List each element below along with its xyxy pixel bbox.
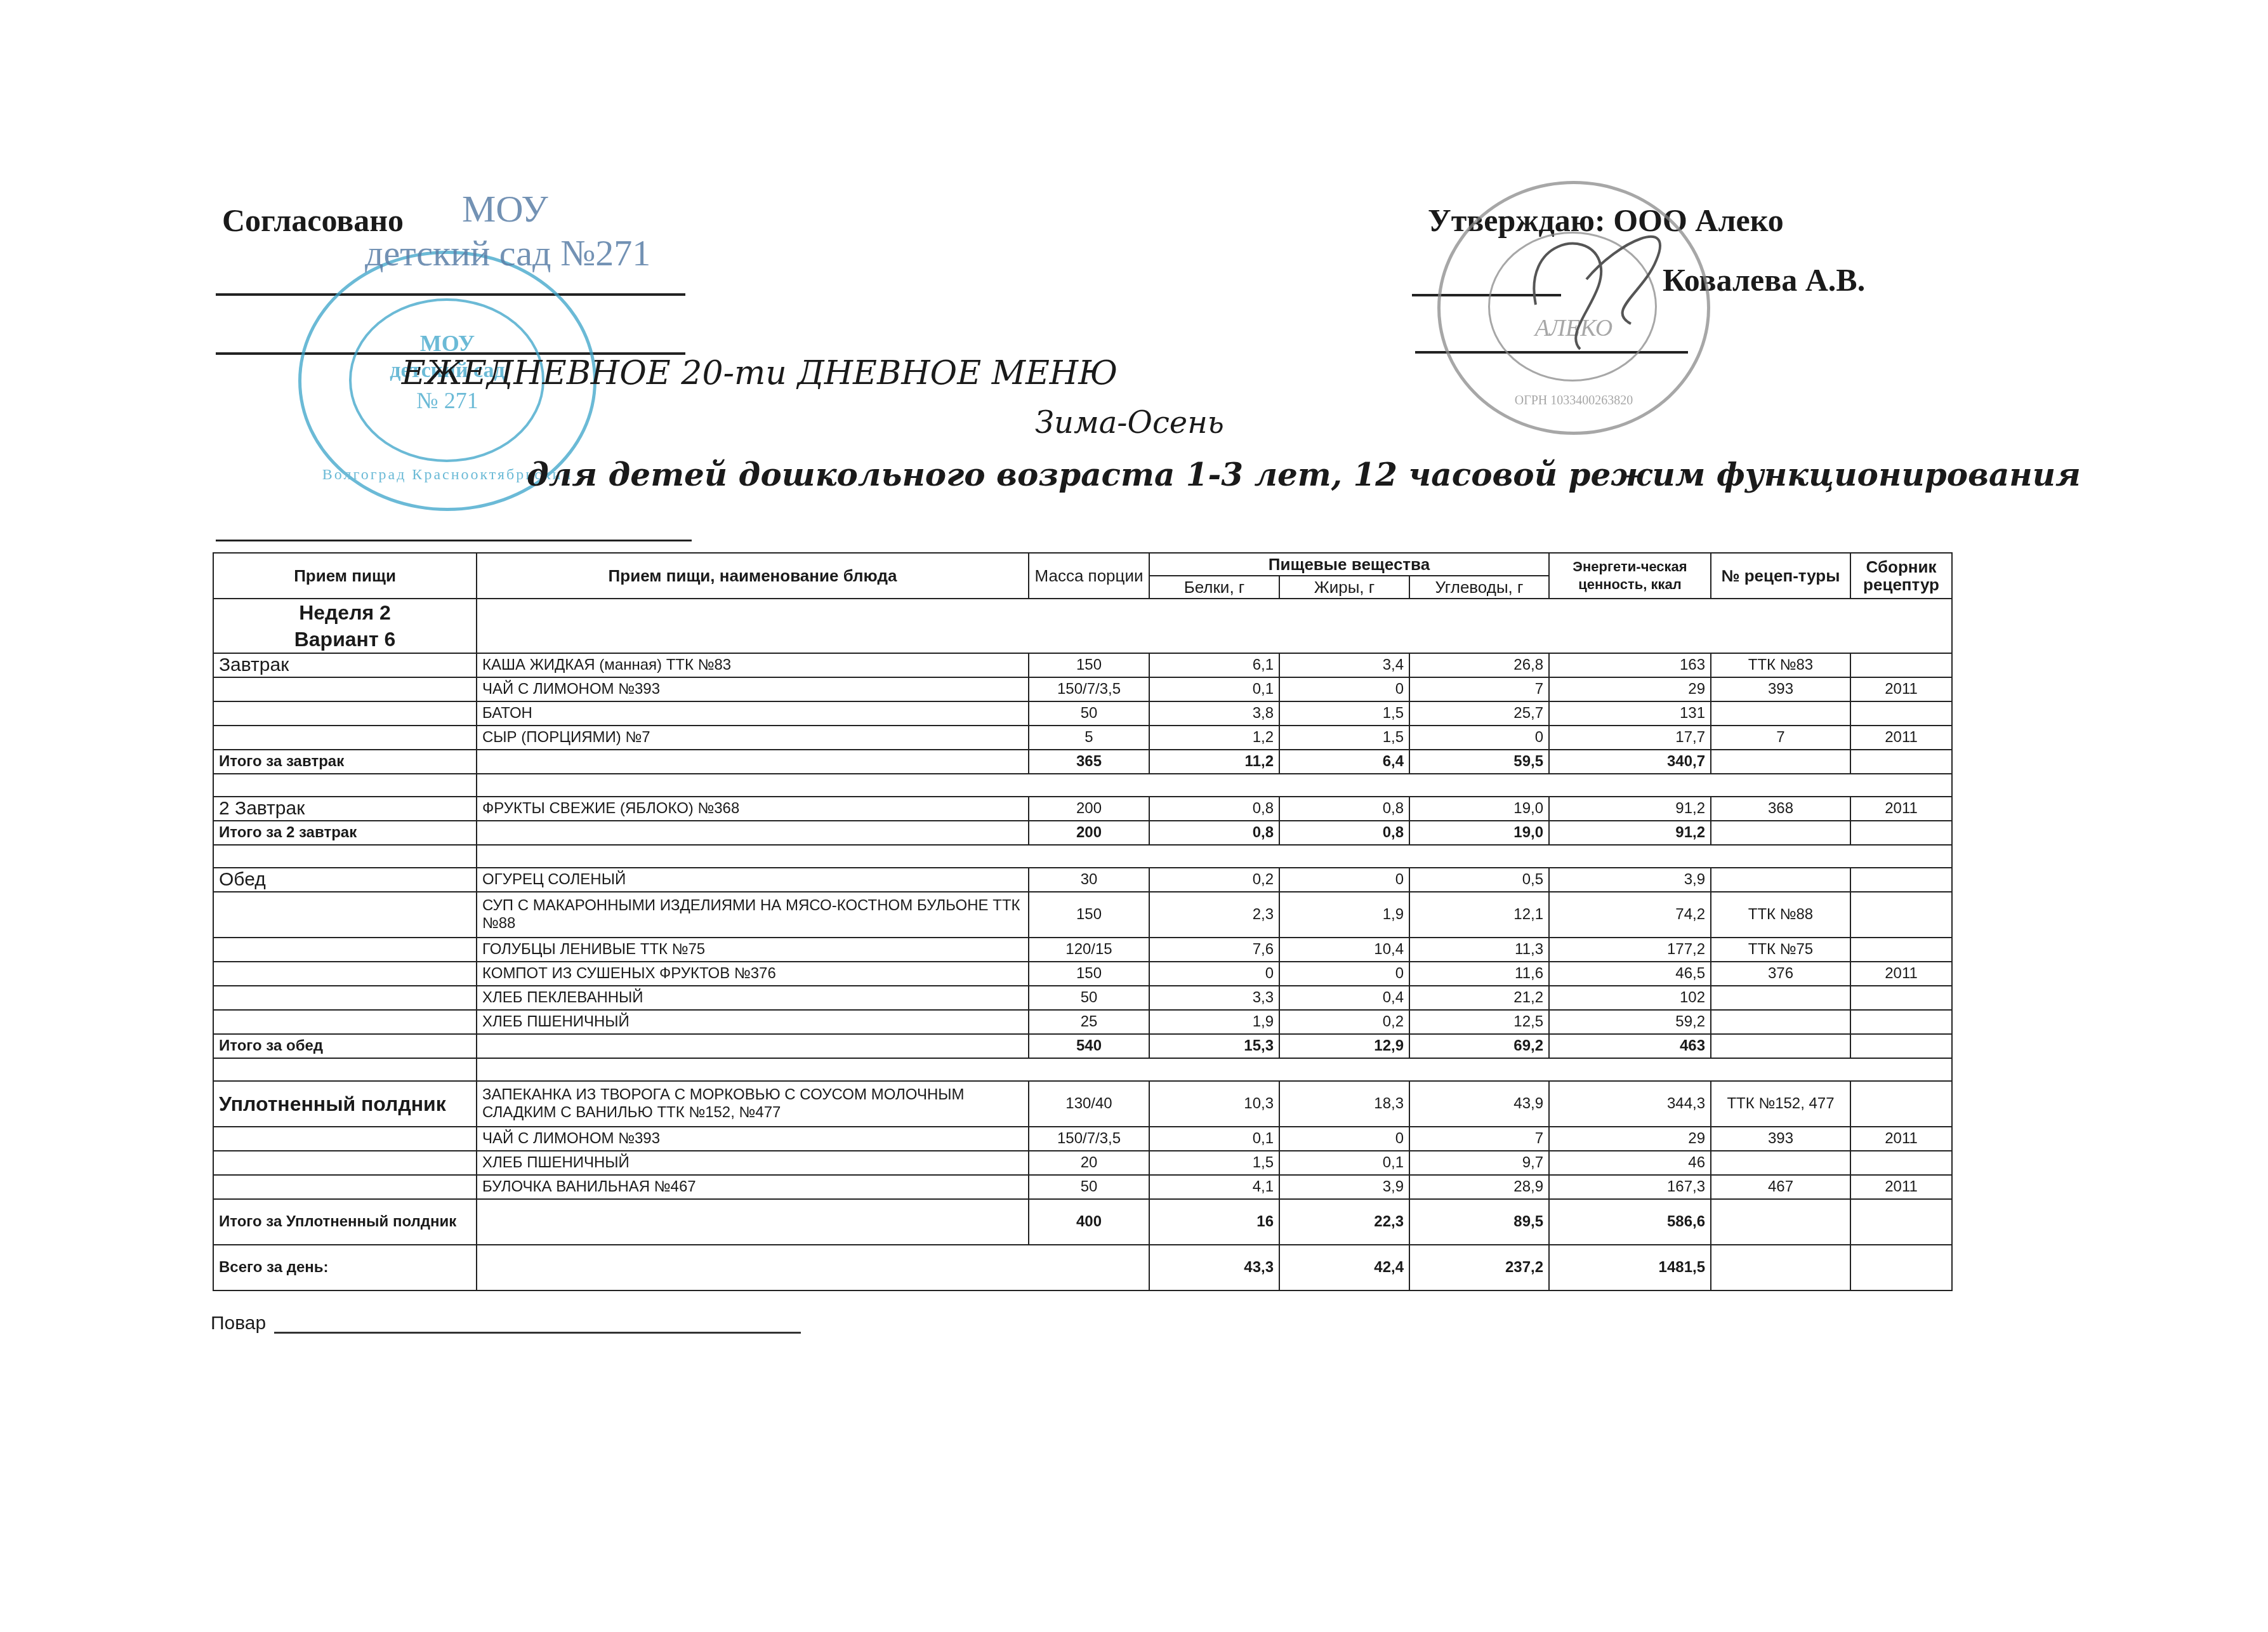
total-mass: 200 bbox=[1029, 821, 1149, 845]
spacer-cell bbox=[477, 774, 1952, 797]
day-total-fat: 42,4 bbox=[1279, 1245, 1409, 1290]
total-fat: 22,3 bbox=[1279, 1199, 1409, 1245]
carbs-cell: 28,9 bbox=[1409, 1175, 1549, 1199]
table-row: Уплотненный полдникЗАПЕКАНКА ИЗ ТВОРОГА … bbox=[213, 1081, 1952, 1127]
protein-cell: 7,6 bbox=[1149, 938, 1279, 962]
energy-cell: 29 bbox=[1549, 677, 1711, 701]
dish-cell: ХЛЕБ ПШЕНИЧНЫЙ bbox=[477, 1010, 1029, 1034]
meal-cell bbox=[213, 962, 477, 986]
spacer-cell bbox=[213, 774, 477, 797]
meal-cell: Обед bbox=[213, 868, 477, 892]
meal-cell bbox=[213, 892, 477, 938]
dish-cell: ФРУКТЫ СВЕЖИЕ (ЯБЛОКО) №368 bbox=[477, 797, 1029, 821]
energy-cell: 163 bbox=[1549, 653, 1711, 677]
energy-cell: 177,2 bbox=[1549, 938, 1711, 962]
carbs-cell: 7 bbox=[1409, 677, 1549, 701]
meal-cell bbox=[213, 701, 477, 726]
meal-cell bbox=[213, 1151, 477, 1175]
spacer-cell bbox=[213, 845, 477, 868]
fat-cell: 18,3 bbox=[1279, 1081, 1409, 1127]
carbs-cell: 25,7 bbox=[1409, 701, 1549, 726]
table-row: СУП С МАКАРОННЫМИ ИЗДЕЛИЯМИ НА МЯСО-КОСТ… bbox=[213, 892, 1952, 938]
total-recipe-cell bbox=[1711, 750, 1850, 774]
total-row: Итого за 2 завтрак2000,80,819,091,2 bbox=[213, 821, 1952, 845]
fat-cell: 3,4 bbox=[1279, 653, 1409, 677]
signature-scribble bbox=[1510, 203, 1701, 368]
meal-cell bbox=[213, 677, 477, 701]
header-recipe: № рецеп-туры bbox=[1711, 553, 1850, 599]
dish-cell: КОМПОТ ИЗ СУШЕНЫХ ФРУКТОВ №376 bbox=[477, 962, 1029, 986]
total-label: Итого за 2 завтрак bbox=[213, 821, 477, 845]
total-energy: 463 bbox=[1549, 1034, 1711, 1058]
energy-cell: 102 bbox=[1549, 986, 1711, 1010]
dish-cell: БАТОН bbox=[477, 701, 1029, 726]
header-mass: Масса порции bbox=[1029, 553, 1149, 599]
total-mass: 365 bbox=[1029, 750, 1149, 774]
collection-cell bbox=[1850, 653, 1952, 677]
spacer-cell bbox=[477, 845, 1952, 868]
total-fat: 12,9 bbox=[1279, 1034, 1409, 1058]
table-row: КОМПОТ ИЗ СУШЕНЫХ ФРУКТОВ №3761500011,64… bbox=[213, 962, 1952, 986]
dish-cell: ЧАЙ С ЛИМОНОМ №393 bbox=[477, 1127, 1029, 1151]
header-carbs: Углеводы, г bbox=[1409, 576, 1549, 599]
total-fat: 6,4 bbox=[1279, 750, 1409, 774]
table-row: ХЛЕБ ПШЕНИЧНЫЙ201,50,19,746 bbox=[213, 1151, 1952, 1175]
stamp-overlay-org: МОУ bbox=[462, 187, 548, 231]
table-row: БУЛОЧКА ВАНИЛЬНАЯ №467504,13,928,9167,34… bbox=[213, 1175, 1952, 1199]
fat-cell: 1,5 bbox=[1279, 726, 1409, 750]
table-row: ОбедОГУРЕЦ СОЛЕНЫЙ300,200,53,9 bbox=[213, 868, 1952, 892]
meal-cell bbox=[213, 726, 477, 750]
total-label: Итого за обед bbox=[213, 1034, 477, 1058]
dish-cell: КАША ЖИДКАЯ (манная) ТТК №83 bbox=[477, 653, 1029, 677]
mass-cell: 50 bbox=[1029, 986, 1149, 1010]
recipe-cell bbox=[1711, 986, 1850, 1010]
energy-cell: 46,5 bbox=[1549, 962, 1711, 986]
total-dish-cell bbox=[477, 821, 1029, 845]
mass-cell: 50 bbox=[1029, 701, 1149, 726]
cook-label: Повар bbox=[211, 1313, 266, 1334]
fat-cell: 0 bbox=[1279, 962, 1409, 986]
total-label: Итого за Уплотненный полдник bbox=[213, 1199, 477, 1245]
mass-cell: 20 bbox=[1029, 1151, 1149, 1175]
meal-cell: Уплотненный полдник bbox=[213, 1081, 477, 1127]
energy-cell: 344,3 bbox=[1549, 1081, 1711, 1127]
carbs-cell: 11,3 bbox=[1409, 938, 1549, 962]
total-protein: 11,2 bbox=[1149, 750, 1279, 774]
carbs-cell: 0,5 bbox=[1409, 868, 1549, 892]
spacer-cell bbox=[213, 1058, 477, 1081]
spacer-row bbox=[213, 1058, 1952, 1081]
carbs-cell: 21,2 bbox=[1409, 986, 1549, 1010]
fat-cell: 0,4 bbox=[1279, 986, 1409, 1010]
table-row: 2 ЗавтракФРУКТЫ СВЕЖИЕ (ЯБЛОКО) №3682000… bbox=[213, 797, 1952, 821]
energy-cell: 3,9 bbox=[1549, 868, 1711, 892]
table-row: ЧАЙ С ЛИМОНОМ №393150/7/3,50,10729393201… bbox=[213, 677, 1952, 701]
fat-cell: 10,4 bbox=[1279, 938, 1409, 962]
total-row: Итого за обед54015,312,969,2463 bbox=[213, 1034, 1952, 1058]
mass-cell: 150/7/3,5 bbox=[1029, 677, 1149, 701]
fat-cell: 1,5 bbox=[1279, 701, 1409, 726]
table-row: ХЛЕБ ПШЕНИЧНЫЙ251,90,212,559,2 bbox=[213, 1010, 1952, 1034]
week-label: Неделя 2 bbox=[219, 599, 471, 626]
cook-signature-line bbox=[274, 1332, 801, 1334]
energy-cell: 74,2 bbox=[1549, 892, 1711, 938]
dish-cell: ЧАЙ С ЛИМОНОМ №393 bbox=[477, 677, 1029, 701]
spacer-row bbox=[213, 774, 1952, 797]
meal-cell: Завтрак bbox=[213, 653, 477, 677]
total-collection-cell bbox=[1850, 821, 1952, 845]
header-meal: Прием пищи bbox=[213, 553, 477, 599]
fat-cell: 0,8 bbox=[1279, 797, 1409, 821]
carbs-cell: 43,9 bbox=[1409, 1081, 1549, 1127]
carbs-cell: 26,8 bbox=[1409, 653, 1549, 677]
day-total-row: Всего за день:43,342,4237,21481,5 bbox=[213, 1245, 1952, 1290]
menu-title: ЕЖЕДНЕВНОЕ 20-ти ДНЕВНОЕ МЕНЮ bbox=[0, 354, 2268, 392]
recipe-cell bbox=[1711, 1010, 1850, 1034]
carbs-cell: 12,1 bbox=[1409, 892, 1549, 938]
recipe-cell: ТТК №83 bbox=[1711, 653, 1850, 677]
recipe-cell: ТТК №75 bbox=[1711, 938, 1850, 962]
dish-cell: СУП С МАКАРОННЫМИ ИЗДЕЛИЯМИ НА МЯСО-КОСТ… bbox=[477, 892, 1029, 938]
collection-cell bbox=[1850, 1151, 1952, 1175]
protein-cell: 3,3 bbox=[1149, 986, 1279, 1010]
total-collection-cell bbox=[1850, 1199, 1952, 1245]
collection-cell: 2011 bbox=[1850, 677, 1952, 701]
header-energy: Энергети-ческая ценность, ккал bbox=[1549, 553, 1711, 599]
total-protein: 16 bbox=[1149, 1199, 1279, 1245]
fat-cell: 0,1 bbox=[1279, 1151, 1409, 1175]
energy-cell: 17,7 bbox=[1549, 726, 1711, 750]
table-row: БАТОН503,81,525,7131 bbox=[213, 701, 1952, 726]
meal-cell bbox=[213, 938, 477, 962]
header-nutrients: Пищевые вещества bbox=[1149, 553, 1549, 576]
recipe-cell bbox=[1711, 701, 1850, 726]
meal-cell bbox=[213, 1175, 477, 1199]
recipe-cell: 393 bbox=[1711, 1127, 1850, 1151]
fat-cell: 3,9 bbox=[1279, 1175, 1409, 1199]
collection-cell bbox=[1850, 1081, 1952, 1127]
recipe-cell: 368 bbox=[1711, 797, 1850, 821]
day-total-energy: 1481,5 bbox=[1549, 1245, 1711, 1290]
table-row: ХЛЕБ ПЕКЛЕВАННЫЙ503,30,421,2102 bbox=[213, 986, 1952, 1010]
total-label: Итого за завтрак bbox=[213, 750, 477, 774]
fat-cell: 0 bbox=[1279, 677, 1409, 701]
total-row: Итого за Уплотненный полдник4001622,389,… bbox=[213, 1199, 1952, 1245]
collection-cell: 2011 bbox=[1850, 1175, 1952, 1199]
mass-cell: 150 bbox=[1029, 653, 1149, 677]
fat-cell: 0,2 bbox=[1279, 1010, 1409, 1034]
total-carbs: 19,0 bbox=[1409, 821, 1549, 845]
collection-cell bbox=[1850, 892, 1952, 938]
collection-cell bbox=[1850, 701, 1952, 726]
total-dish-cell bbox=[477, 1199, 1029, 1245]
protein-cell: 4,1 bbox=[1149, 1175, 1279, 1199]
protein-cell: 1,2 bbox=[1149, 726, 1279, 750]
day-total-label: Всего за день: bbox=[213, 1245, 477, 1290]
mass-cell: 50 bbox=[1029, 1175, 1149, 1199]
dish-cell: СЫР (ПОРЦИЯМИ) №7 bbox=[477, 726, 1029, 750]
total-collection-cell bbox=[1850, 1034, 1952, 1058]
protein-cell: 2,3 bbox=[1149, 892, 1279, 938]
recipe-cell: ТТК №88 bbox=[1711, 892, 1850, 938]
spacer-row bbox=[213, 845, 1952, 868]
energy-cell: 46 bbox=[1549, 1151, 1711, 1175]
recipe-cell: 393 bbox=[1711, 677, 1850, 701]
day-total-collection bbox=[1850, 1245, 1952, 1290]
collection-cell bbox=[1850, 868, 1952, 892]
meal-cell bbox=[213, 986, 477, 1010]
header-protein: Белки, г bbox=[1149, 576, 1279, 599]
total-recipe-cell bbox=[1711, 1034, 1850, 1058]
collection-cell: 2011 bbox=[1850, 962, 1952, 986]
menu-body: Неделя 2 Вариант 6 ЗавтракКАША ЖИДКАЯ (м… bbox=[213, 599, 1952, 1290]
collection-cell: 2011 bbox=[1850, 1127, 1952, 1151]
mass-cell: 200 bbox=[1029, 797, 1149, 821]
carbs-cell: 11,6 bbox=[1409, 962, 1549, 986]
fat-cell: 1,9 bbox=[1279, 892, 1409, 938]
total-carbs: 59,5 bbox=[1409, 750, 1549, 774]
total-energy: 91,2 bbox=[1549, 821, 1711, 845]
week-variant-cell: Неделя 2 Вариант 6 bbox=[213, 599, 477, 653]
day-total-carbs: 237,2 bbox=[1409, 1245, 1549, 1290]
total-dish-cell bbox=[477, 1034, 1029, 1058]
dish-cell: ЗАПЕКАНКА ИЗ ТВОРОГА С МОРКОВЬЮ С СОУСОМ… bbox=[477, 1081, 1029, 1127]
day-total-protein: 43,3 bbox=[1149, 1245, 1279, 1290]
dish-cell: ХЛЕБ ПЕКЛЕВАННЫЙ bbox=[477, 986, 1029, 1010]
total-energy: 340,7 bbox=[1549, 750, 1711, 774]
stamp-inner-org: МОУ bbox=[301, 330, 593, 357]
recipe-cell: 467 bbox=[1711, 1175, 1850, 1199]
total-mass: 540 bbox=[1029, 1034, 1149, 1058]
meal-cell bbox=[213, 1127, 477, 1151]
divider-line bbox=[216, 540, 692, 541]
collection-cell bbox=[1850, 986, 1952, 1010]
table-row: ЗавтракКАША ЖИДКАЯ (манная) ТТК №831506,… bbox=[213, 653, 1952, 677]
total-protein: 0,8 bbox=[1149, 821, 1279, 845]
protein-cell: 0,2 bbox=[1149, 868, 1279, 892]
collection-cell: 2011 bbox=[1850, 726, 1952, 750]
mass-cell: 120/15 bbox=[1029, 938, 1149, 962]
total-collection-cell bbox=[1850, 750, 1952, 774]
fat-cell: 0 bbox=[1279, 1127, 1409, 1151]
protein-cell: 1,9 bbox=[1149, 1010, 1279, 1034]
total-recipe-cell bbox=[1711, 1199, 1850, 1245]
mass-cell: 5 bbox=[1029, 726, 1149, 750]
energy-cell: 59,2 bbox=[1549, 1010, 1711, 1034]
total-energy: 586,6 bbox=[1549, 1199, 1711, 1245]
total-mass: 400 bbox=[1029, 1199, 1149, 1245]
dish-cell: ОГУРЕЦ СОЛЕНЫЙ bbox=[477, 868, 1029, 892]
mass-cell: 150 bbox=[1029, 962, 1149, 986]
protein-cell: 0,1 bbox=[1149, 677, 1279, 701]
meal-cell: 2 Завтрак bbox=[213, 797, 477, 821]
carbs-cell: 0 bbox=[1409, 726, 1549, 750]
protein-cell: 0 bbox=[1149, 962, 1279, 986]
mass-cell: 150/7/3,5 bbox=[1029, 1127, 1149, 1151]
dish-cell: ХЛЕБ ПШЕНИЧНЫЙ bbox=[477, 1151, 1029, 1175]
season-subtitle: Зима-Осень bbox=[749, 405, 1510, 441]
total-protein: 15,3 bbox=[1149, 1034, 1279, 1058]
energy-cell: 91,2 bbox=[1549, 797, 1711, 821]
dish-cell: БУЛОЧКА ВАНИЛЬНАЯ №467 bbox=[477, 1175, 1029, 1199]
menu-table: Прием пищи Прием пищи, наименование блюд… bbox=[213, 552, 1953, 1291]
stamp-overlay-name: детский сад №271 bbox=[365, 232, 650, 274]
total-dish-cell bbox=[477, 750, 1029, 774]
audience-subtitle: для детей дошкольного возраста 1-3 лет, … bbox=[527, 456, 2081, 493]
recipe-cell: 7 bbox=[1711, 726, 1850, 750]
collection-cell bbox=[1850, 938, 1952, 962]
recipe-cell bbox=[1711, 868, 1850, 892]
mass-cell: 150 bbox=[1029, 892, 1149, 938]
energy-cell: 131 bbox=[1549, 701, 1711, 726]
fat-cell: 0 bbox=[1279, 868, 1409, 892]
recipe-cell: 376 bbox=[1711, 962, 1850, 986]
mass-cell: 25 bbox=[1029, 1010, 1149, 1034]
recipe-cell bbox=[1711, 1151, 1850, 1175]
mass-cell: 130/40 bbox=[1029, 1081, 1149, 1127]
total-recipe-cell bbox=[1711, 821, 1850, 845]
carbs-cell: 9,7 bbox=[1409, 1151, 1549, 1175]
recipe-cell: ТТК №152, 477 bbox=[1711, 1081, 1850, 1127]
table-row: ЧАЙ С ЛИМОНОМ №393150/7/3,50,10729393201… bbox=[213, 1127, 1952, 1151]
spacer-cell bbox=[477, 1058, 1952, 1081]
total-carbs: 89,5 bbox=[1409, 1199, 1549, 1245]
meal-cell bbox=[213, 1010, 477, 1034]
variant-label: Вариант 6 bbox=[219, 626, 471, 653]
dish-cell: ГОЛУБЦЫ ЛЕНИВЫЕ ТТК №75 bbox=[477, 938, 1029, 962]
collection-cell: 2011 bbox=[1850, 797, 1952, 821]
protein-cell: 0,1 bbox=[1149, 1127, 1279, 1151]
protein-cell: 1,5 bbox=[1149, 1151, 1279, 1175]
total-carbs: 69,2 bbox=[1409, 1034, 1549, 1058]
table-row: ГОЛУБЦЫ ЛЕНИВЫЕ ТТК №75120/157,610,411,3… bbox=[213, 938, 1952, 962]
header-collection: Сборник рецептур bbox=[1850, 553, 1952, 599]
day-total-empty bbox=[477, 1245, 1149, 1290]
collection-cell bbox=[1850, 1010, 1952, 1034]
day-total-recipe bbox=[1711, 1245, 1850, 1290]
protein-cell: 10,3 bbox=[1149, 1081, 1279, 1127]
carbs-cell: 19,0 bbox=[1409, 797, 1549, 821]
energy-cell: 29 bbox=[1549, 1127, 1711, 1151]
total-row: Итого за завтрак36511,26,459,5340,7 bbox=[213, 750, 1952, 774]
carbs-cell: 7 bbox=[1409, 1127, 1549, 1151]
table-row: СЫР (ПОРЦИЯМИ) №751,21,5017,772011 bbox=[213, 726, 1952, 750]
total-fat: 0,8 bbox=[1279, 821, 1409, 845]
protein-cell: 6,1 bbox=[1149, 653, 1279, 677]
protein-cell: 3,8 bbox=[1149, 701, 1279, 726]
header-fat: Жиры, г bbox=[1279, 576, 1409, 599]
header-dish: Прием пищи, наименование блюда bbox=[477, 553, 1029, 599]
carbs-cell: 12,5 bbox=[1409, 1010, 1549, 1034]
mass-cell: 30 bbox=[1029, 868, 1149, 892]
protein-cell: 0,8 bbox=[1149, 797, 1279, 821]
energy-cell: 167,3 bbox=[1549, 1175, 1711, 1199]
